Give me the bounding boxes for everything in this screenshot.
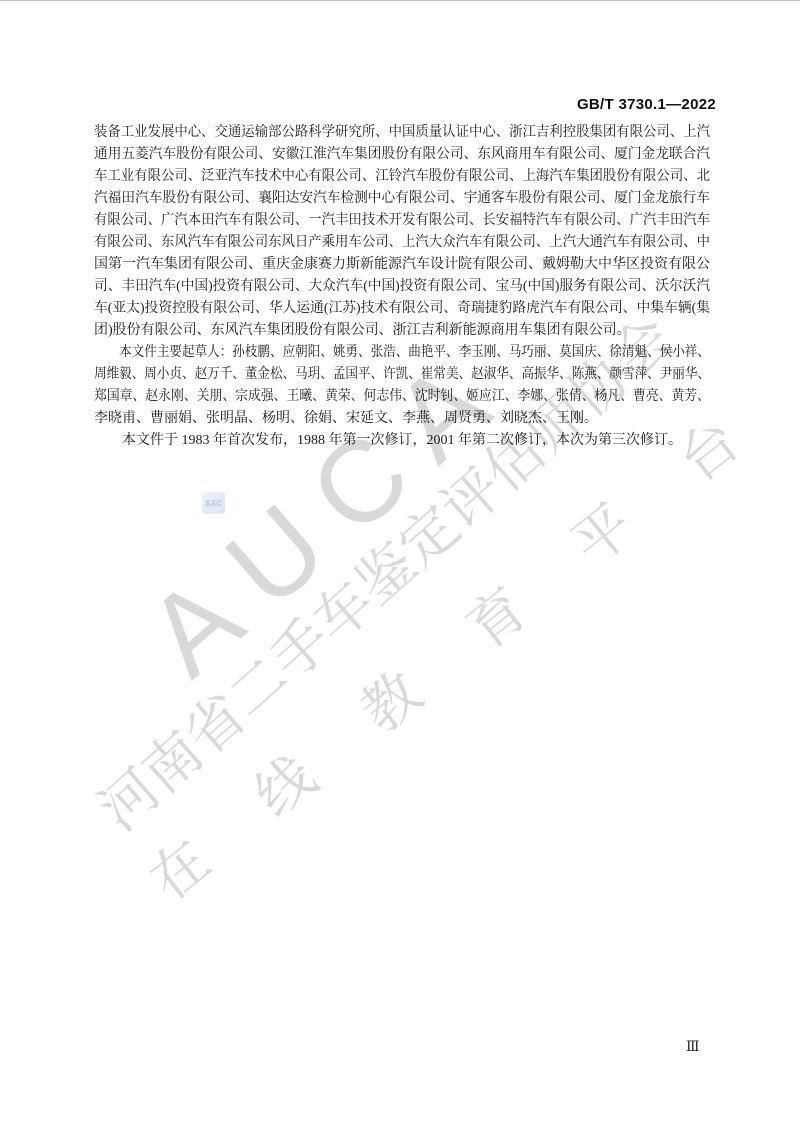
document-page: AUCA 河南省二手车鉴定评估师协会 在线教育平台 S SAC GB/T 373…	[0, 0, 800, 1131]
text-line: 郑国章、赵永刚、关朋、宗成强、王曦、黄荣、何志伟、沈时钊、姬应江、李娜、张倩、杨…	[94, 386, 710, 408]
text-line: 李晓甫、曹丽娟、张明晶、杨明、徐娟、宋延文、李燕、周贤勇、刘晓杰、王刚。	[94, 408, 710, 430]
text-line: 本文件主要起草人：孙枝鹏、应朝阳、姚勇、张浩、曲艳平、李玉刚、马巧丽、莫国庆、徐…	[94, 342, 710, 364]
text-line: 汽福田汽车股份有限公司、襄阳达安汽车检测中心有限公司、宇通客车股份有限公司、厦门…	[94, 188, 710, 210]
text-line: 周维毅、周小贞、赵万千、董金松、马玥、孟国平、许凯、崔常美、赵淑华、高振华、陈燕…	[94, 364, 710, 386]
text-line: 有限公司、东风汽车有限公司东风日产乘用车公司、上汽大众汽车有限公司、上汽大通汽车…	[94, 232, 710, 254]
text-line: 车(亚太)投资控股有限公司、华人运通(江苏)技术有限公司、奇瑞捷豹路虎汽车有限公…	[94, 298, 710, 320]
text-line: 团)股份有限公司、东风汽车集团股份有限公司、浙江吉利新能源商用车集团有限公司。	[94, 320, 710, 342]
text-line: 通用五菱汽车股份有限公司、安徽江淮汽车集团股份有限公司、东风商用车有限公司、厦门…	[94, 144, 710, 166]
text-line: 本文件于 1983 年首次发布，1988 年第一次修订，2001 年第二次修订，…	[94, 430, 710, 452]
body-text: 装备工业发展中心、交通运输部公路科学研究所、中国质量认证中心、浙江吉利控股集团有…	[94, 122, 710, 452]
text-line: 装备工业发展中心、交通运输部公路科学研究所、中国质量认证中心、浙江吉利控股集团有…	[94, 122, 710, 144]
text-line: 国第一汽车集团有限公司、重庆金康赛力斯新能源汽车设计院有限公司、戴姆勒大中华区投…	[94, 254, 710, 276]
page-number: Ⅲ	[686, 1040, 700, 1056]
text-line: 司、丰田汽车(中国)投资有限公司、大众汽车(中国)投资有限公司、宝马(中国)服务…	[94, 276, 710, 298]
standard-number-header: GB/T 3730.1—2022	[577, 96, 716, 114]
text-line: 有限公司、广汽本田汽车有限公司、一汽丰田技术开发有限公司、长安福特汽车有限公司、…	[94, 210, 710, 232]
sac-logo: S SAC	[202, 492, 225, 514]
sac-logo-label: SAC	[205, 499, 222, 508]
text-line: 车工业有限公司、泛亚汽车技术中心有限公司、江铃汽车股份有限公司、上海汽车集团股份…	[94, 166, 710, 188]
